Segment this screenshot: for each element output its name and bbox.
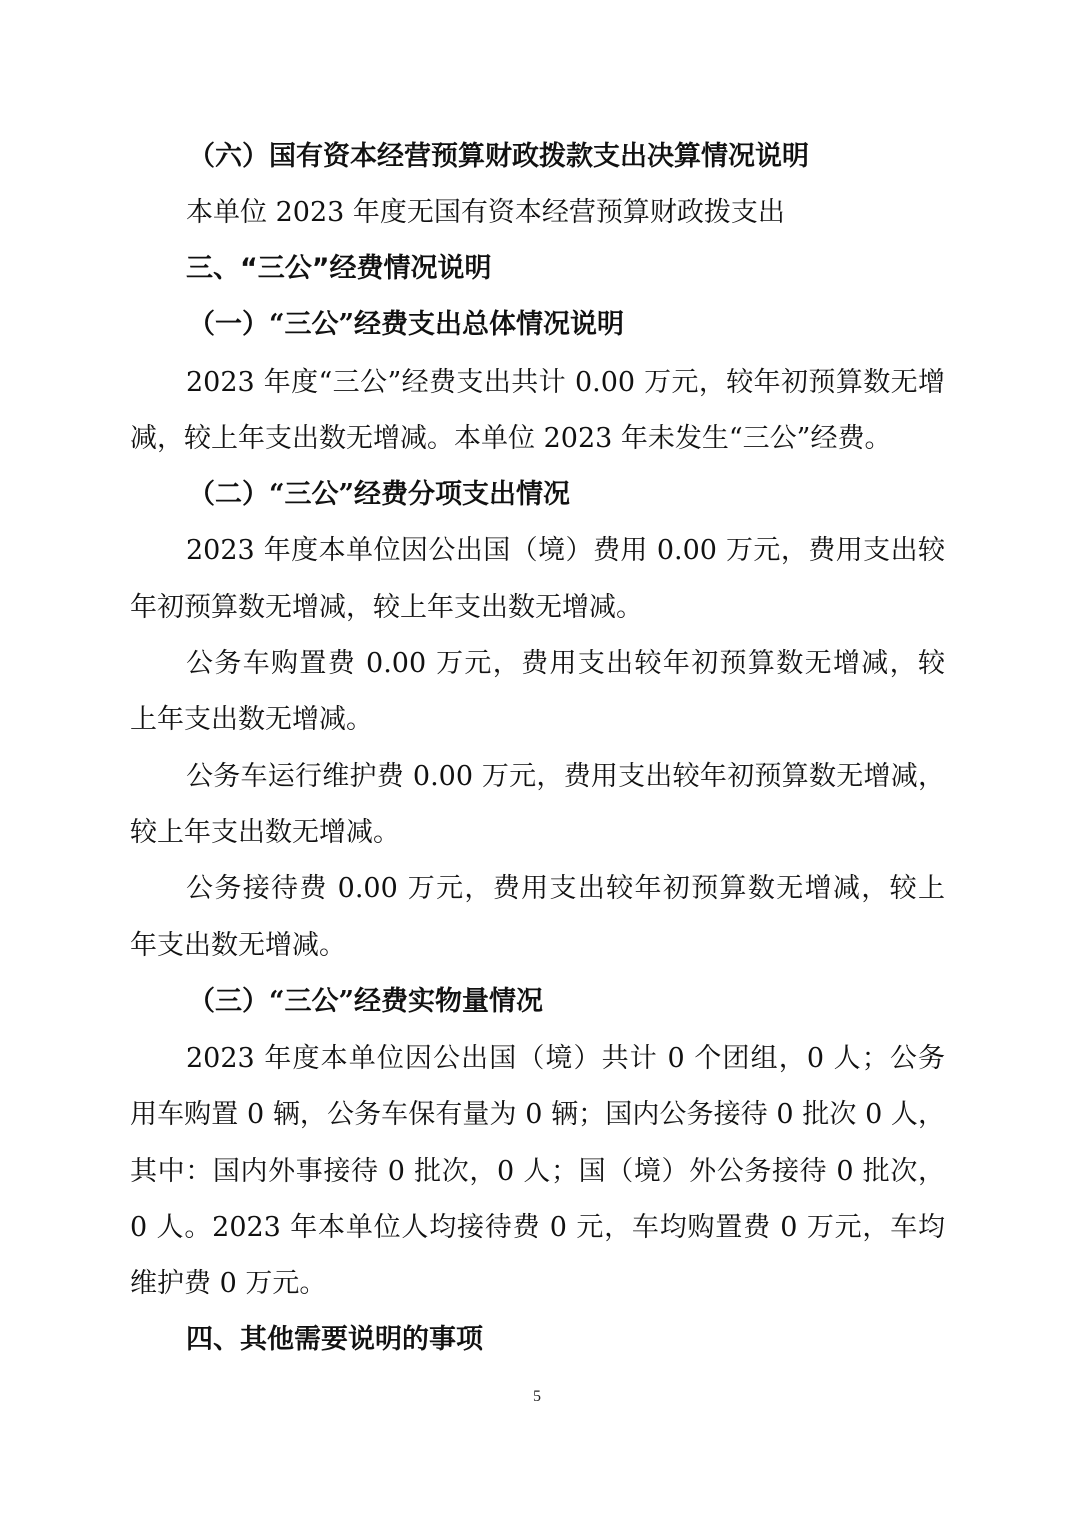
paragraph-line: 0 人。2023 年本单位人均接待费 0 元，车均购置费 0 万元，车均 [130, 1211, 945, 1245]
paragraph-line: 2023 年度本单位因公出国（境）共计 0 个团组，0 人；公务 [186, 1042, 945, 1076]
paragraph-line: 上年支出数无增减。 [130, 703, 373, 737]
page-number: 5 [0, 1388, 1074, 1406]
paragraph-line: 减，较上年支出数无增减。本单位 2023 年未发生“三公”经费。 [130, 422, 891, 456]
section-heading-3: （三）“三公”经费实物量情况 [188, 985, 543, 1019]
chapter-heading-4: 四、其他需要说明的事项 [186, 1323, 483, 1357]
paragraph-line: 维护费 0 万元。 [130, 1267, 326, 1301]
document-page: （六）国有资本经营预算财政拨款支出决算情况说明 本单位 2023 年度无国有资本… [0, 0, 1074, 1520]
paragraph-line: 2023 年度“三公”经费支出共计 0.00 万元，较年初预算数无增 [186, 366, 945, 400]
paragraph-line: 本单位 2023 年度无国有资本经营预算财政拨支出 [186, 196, 785, 230]
chapter-heading-3: 三、“三公”经费情况说明 [186, 252, 492, 286]
section-heading-6: （六）国有资本经营预算财政拨款支出决算情况说明 [188, 140, 809, 174]
section-heading-1: （一）“三公”经费支出总体情况说明 [188, 308, 624, 342]
paragraph-line: 年支出数无增减。 [130, 929, 346, 963]
section-heading-2: （二）“三公”经费分项支出情况 [188, 478, 570, 512]
paragraph-line: 公务接待费 0.00 万元，费用支出较年初预算数无增减，较上 [186, 872, 945, 906]
paragraph-line: 公务车购置费 0.00 万元，费用支出较年初预算数无增减，较 [186, 647, 945, 681]
paragraph-line: 年初预算数无增减，较上年支出数无增减。 [130, 591, 643, 625]
paragraph-line: 较上年支出数无增减。 [130, 816, 400, 850]
paragraph-line: 2023 年度本单位因公出国（境）费用 0.00 万元，费用支出较 [186, 534, 945, 568]
paragraph-line: 用车购置 0 辆，公务车保有量为 0 辆；国内公务接待 0 批次 0 人， [130, 1098, 945, 1132]
paragraph-line: 其中：国内外事接待 0 批次，0 人；国（境）外公务接待 0 批次， [130, 1155, 945, 1189]
paragraph-line: 公务车运行维护费 0.00 万元，费用支出较年初预算数无增减， [186, 760, 945, 794]
